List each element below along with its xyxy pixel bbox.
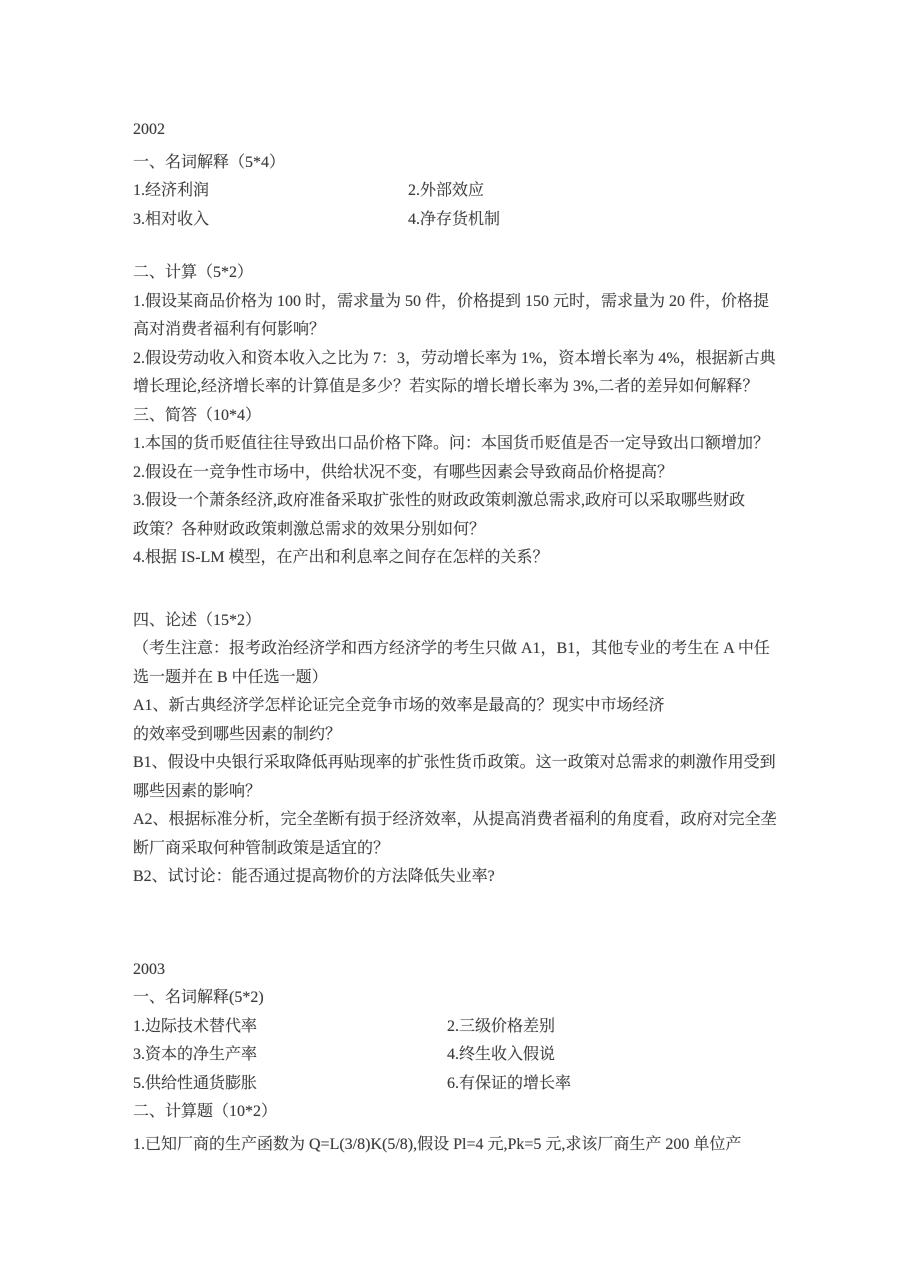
- term-item: 1.经济利润: [133, 177, 408, 206]
- candidate-note-line: （考生注意：报考政治经济学和西方经济学的考生只做 A1，B1，其他专业的考生在 …: [133, 635, 805, 664]
- exam-document-page: 2002 一、名词解释（5*4） 1.经济利润2.外部效应 3.相对收入4.净存…: [133, 116, 805, 1159]
- question-line: 1.本国的货币贬值往往导致出口品价格下降。问：本国货币贬值是否一定导致出口额增加…: [133, 430, 805, 459]
- question-line: A2、根据标准分析，完全垄断有损于经济效率，从提高消费者福利的角度看，政府对完全…: [133, 806, 805, 835]
- term-item: 4.净存货机制: [408, 211, 500, 228]
- section-heading-short-2002: 三、简答（10*4）: [133, 402, 805, 431]
- term-item: 6.有保证的增长率: [447, 1075, 571, 1092]
- term-item: 3.资本的净生产率: [133, 1041, 447, 1070]
- question-line: B1、假设中央银行采取降低再贴现率的扩张性货币政策。这一政策对总需求的刺激作用受…: [133, 749, 805, 778]
- terms-row: 1.边际技术替代率2.三级价格差别: [133, 1013, 805, 1042]
- term-item: 2.外部效应: [408, 182, 484, 199]
- term-item: 4.终生收入假说: [447, 1046, 555, 1063]
- terms-row: 3.相对收入4.净存货机制: [133, 206, 805, 235]
- question-line: 高对消费者福利有何影响？: [133, 316, 805, 345]
- question-line: 2.假设劳动收入和资本收入之比为 7：3，劳动增长率为 1%，资本增长率为 4%…: [133, 345, 805, 374]
- term-item: 1.边际技术替代率: [133, 1013, 447, 1042]
- question-line: 2.假设在一竞争性市场中，供给状况不变，有哪些因素会导致商品价格提高？: [133, 459, 805, 488]
- question-line: A1、新古典经济学怎样论证完全竞争市场的效率是最高的？现实中市场经济: [133, 692, 805, 721]
- term-item: 3.相对收入: [133, 206, 408, 235]
- question-line: 1.已知厂商的生产函数为 Q=L(3/8)K(5/8),假设 Pl=4 元,Pk…: [133, 1131, 805, 1160]
- terms-row: 3.资本的净生产率4.终生收入假说: [133, 1041, 805, 1070]
- section-heading-calc-2003: 二、计算题（10*2）: [133, 1098, 805, 1127]
- candidate-note-line: 选一题并在 B 中任选一题）: [133, 664, 805, 693]
- terms-row: 1.经济利润2.外部效应: [133, 177, 805, 206]
- question-line: 的效率受到哪些因素的制约？: [133, 721, 805, 750]
- exam-year-2003: 2003: [133, 956, 805, 985]
- question-line: 哪些因素的影响？: [133, 778, 805, 807]
- section-heading-calc-2002: 二、计算（5*2）: [133, 259, 805, 288]
- term-item: 5.供给性通货膨胀: [133, 1070, 447, 1099]
- section-heading-terms-2002: 一、名词解释（5*4）: [133, 149, 805, 178]
- question-line: 1.假设某商品价格为 100 时，需求量为 50 件，价格提到 150 元时，需…: [133, 288, 805, 317]
- term-item: 2.三级价格差别: [447, 1018, 555, 1035]
- question-line: 政策？各种财政政策刺激总需求的效果分别如何？: [133, 516, 805, 545]
- question-line: 3.假设一个萧条经济,政府准备采取扩张性的财政政策刺激总需求,政府可以采取哪些财…: [133, 487, 805, 516]
- section-heading-terms-2003: 一、名词解释(5*2): [133, 984, 805, 1013]
- section-heading-essay-2002: 四、论述（15*2）: [133, 607, 805, 636]
- question-line: 增长理论,经济增长率的计算值是多少？若实际的增长增长率为 3%,二者的差异如何解…: [133, 373, 805, 402]
- question-line: 4.根据 IS-LM 模型，在产出和利息率之间存在怎样的关系？: [133, 544, 805, 573]
- terms-row: 5.供给性通货膨胀6.有保证的增长率: [133, 1070, 805, 1099]
- question-line: B2、试讨论：能否通过提高物价的方法降低失业率?: [133, 863, 805, 892]
- question-line: 断厂商采取何种管制政策是适宜的？: [133, 835, 805, 864]
- exam-year-2002: 2002: [133, 116, 805, 145]
